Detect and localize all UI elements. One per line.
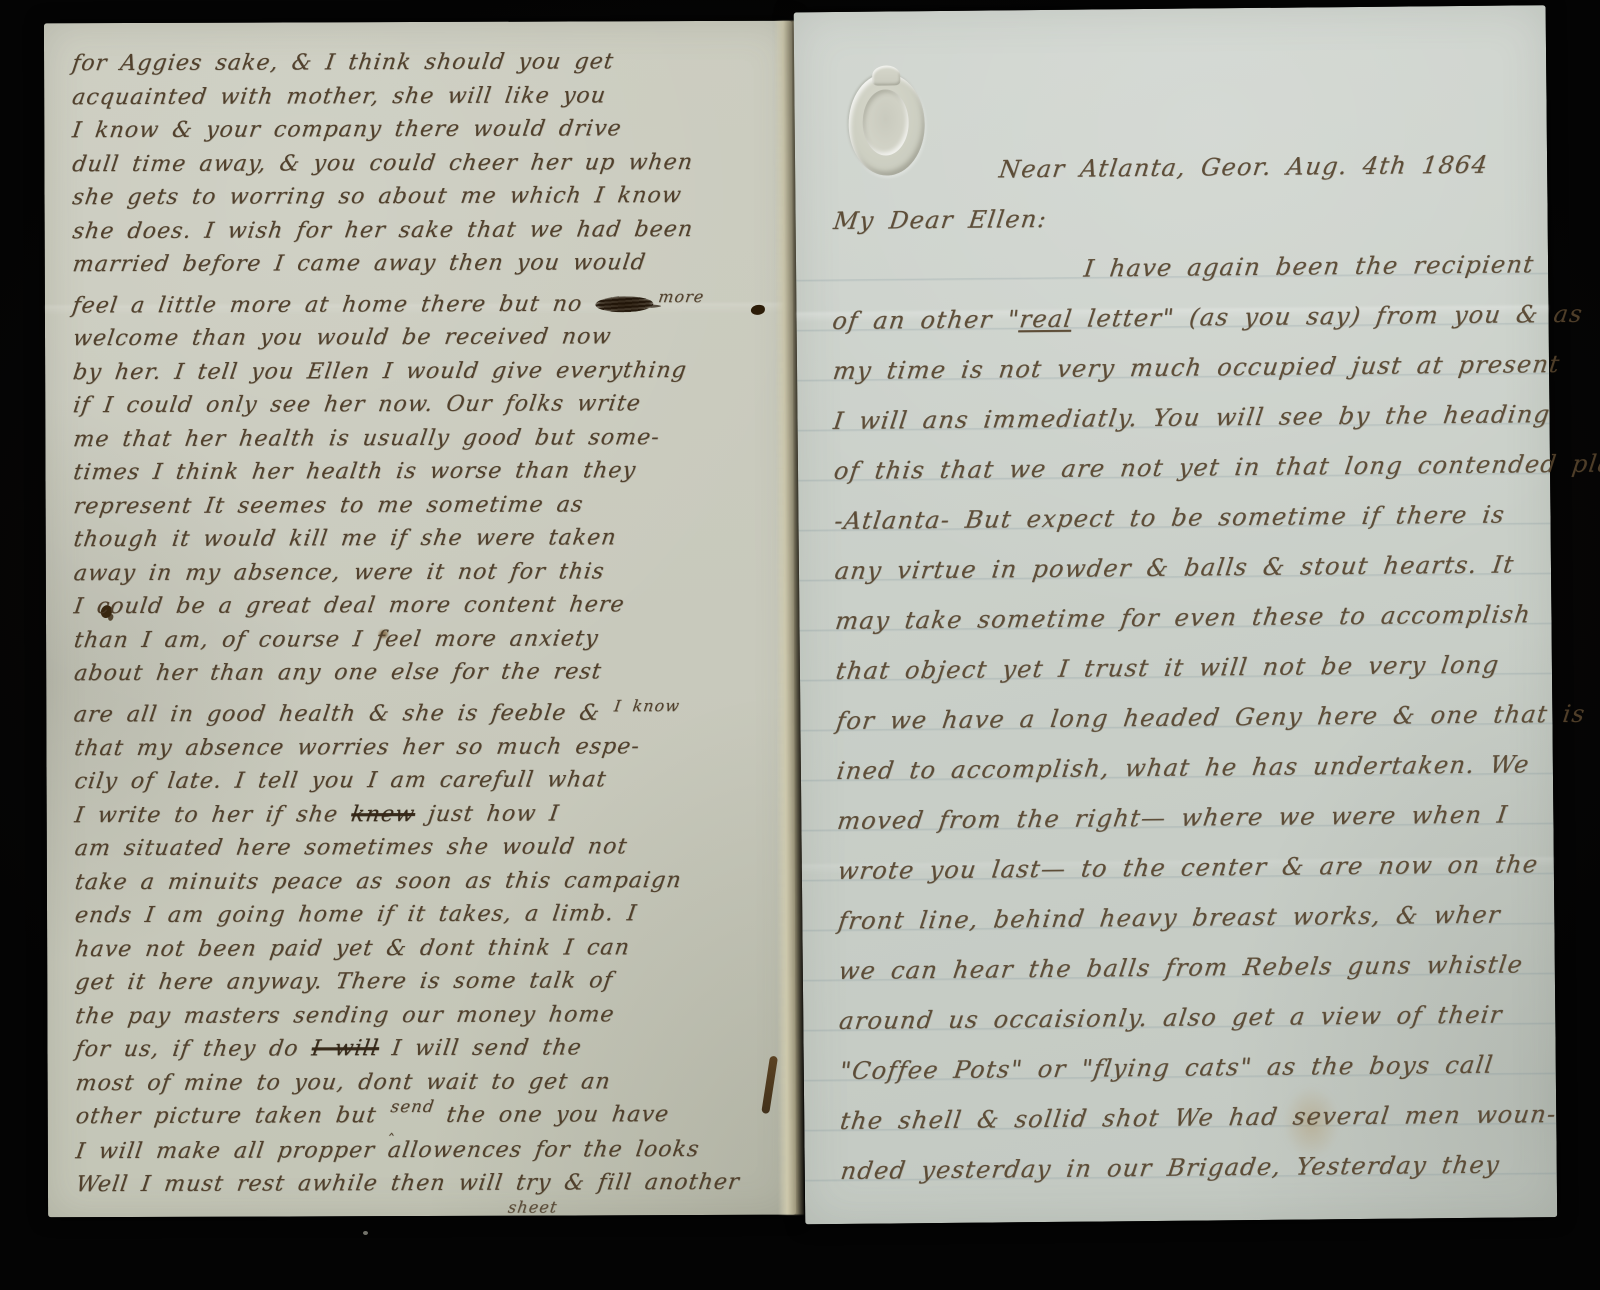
letter-line: that object yet I trust it will not be v…	[833, 639, 1546, 696]
text-segment: get it here anyway. There is some talk o…	[74, 968, 615, 995]
text-segment: cily of late. I tell you I am carefull w…	[73, 768, 608, 795]
letter-line: any virtue in powder & balls & stout hea…	[832, 539, 1545, 596]
text-segment: knew	[350, 802, 417, 827]
text-segment: moved from the right— where we were when…	[836, 801, 1510, 835]
letter-line: she gets to worring so about me which I …	[70, 179, 779, 215]
left-page-text: for Aggies sake, & I think should you ge…	[72, 45, 780, 1216]
text-segment: we can hear the balls from Rebels guns w…	[837, 950, 1525, 985]
text-segment: around us occaisionly. also get a view o…	[837, 1001, 1504, 1035]
letter-line: if I could only see her now. Our folks w…	[71, 387, 780, 423]
text-segment: I write to her if she	[73, 802, 353, 828]
text-segment: most of mine to you, dont wait to get an	[74, 1069, 612, 1096]
letter-line: ined to accomplish, what he has undertak…	[834, 739, 1547, 796]
letter-line: have not been paid yet & dont think I ca…	[73, 930, 782, 966]
text-segment: that my absence worries her so much espe…	[73, 734, 642, 761]
letter-line: other picture taken but send the one you…	[73, 1098, 782, 1135]
letter-line: away in my absence, were it not for this	[72, 555, 781, 591]
letter-line: are all in good health & she is feeble &…	[72, 689, 782, 732]
text-segment: am situated here sometimes she would not	[73, 834, 629, 861]
text-segment: she gets to worring so about me which I …	[71, 183, 684, 210]
text-segment: I could be a great deal more content her…	[72, 593, 626, 620]
text-segment: more	[657, 287, 705, 306]
letter-page-left: for Aggies sake, & I think should you ge…	[44, 21, 796, 1218]
text-segment: represent It seemes to me sometime as	[72, 492, 585, 519]
text-segment: I will send the	[377, 1036, 583, 1062]
letter-line: she does. I wish for her sake that we ha…	[70, 212, 779, 248]
text-segment: I will ans immediatly. You will see by t…	[832, 400, 1553, 435]
letter-page-right: Near Atlanta, Geor. Aug. 4th 1864My Dear…	[794, 5, 1558, 1224]
text-segment: though it would kill me if she were take…	[72, 526, 618, 553]
text-segment: ends I am going home if it takes, a limb…	[73, 901, 638, 928]
text-segment: real	[1018, 305, 1075, 334]
text-segment: for we have a long headed Geny here & on…	[835, 699, 1600, 735]
ink-scribble-icon	[594, 296, 654, 312]
letter-line: around us occaisionly. also get a view o…	[836, 989, 1549, 1046]
letter-line: for Aggies sake, & I think should you ge…	[70, 45, 779, 81]
letter-line: Well I must rest awhile then will try & …	[74, 1166, 783, 1202]
text-segment: front line, behind heavy breast works, &…	[837, 901, 1503, 935]
text-segment: the pay masters sending our money home	[74, 1002, 617, 1029]
letter-line: take a minuits peace as soon as this cam…	[73, 863, 782, 899]
text-segment: -Atlanta- But expect to be sometime if t…	[833, 501, 1507, 535]
text-segment: Near Atlanta, Geor. Aug. 4th 1864	[997, 151, 1490, 184]
text-segment: welcome than you would be received now	[71, 325, 613, 352]
letter-line: my time is not very much occupied just a…	[830, 339, 1543, 396]
text-segment: I know & your company there would drive	[71, 116, 624, 143]
letter-line: I have again been the recipient	[829, 239, 1542, 296]
letter-line: for we have a long headed Geny here & on…	[833, 689, 1546, 746]
text-segment: the shell & sollid shot We had several m…	[838, 1100, 1558, 1135]
text-segment: for us, if they do	[74, 1037, 314, 1063]
right-page-text: Near Atlanta, Geor. Aug. 4th 1864My Dear…	[831, 139, 1547, 1196]
letter-line: we can hear the balls from Rebels guns w…	[836, 939, 1549, 996]
text-segment: of an other "	[831, 305, 1022, 335]
text-segment: other picture taken but	[74, 1103, 391, 1129]
letter-line: though it would kill me if she were take…	[71, 521, 780, 557]
letter-line: welcome than you would be received now	[71, 320, 780, 356]
text-segment: if I could only see her now. Our folks w…	[72, 392, 643, 419]
text-segment: I know	[613, 696, 681, 715]
letter-line: -Atlanta- But expect to be sometime if t…	[831, 489, 1544, 546]
text-segment: letter" (as you say) from you & as	[1071, 300, 1585, 333]
letter-line: I could be a great deal more content her…	[72, 588, 781, 624]
letter-line: I will ans immediatly. You will see by t…	[830, 389, 1543, 446]
text-segment: ined to accomplish, what he has undertak…	[835, 750, 1531, 785]
letter-line: of this that we are not yet in that long…	[831, 439, 1544, 496]
text-segment: than I am, of course I feel more anxiety	[72, 626, 600, 653]
letter-line: about her than any one else for the rest	[72, 655, 781, 691]
letter-line: married before I came away then you woul…	[70, 246, 779, 282]
text-segment: away in my absence, were it not for this	[72, 559, 606, 586]
text-segment: acquainted with mother, she will like yo…	[70, 83, 607, 110]
letter-line: ends I am going home if it takes, a limb…	[73, 897, 782, 933]
text-segment: just how I	[413, 801, 561, 827]
text-segment: about her than any one else for the rest	[73, 660, 604, 687]
text-segment: take a minuits peace as soon as this cam…	[73, 868, 683, 895]
text-segment: for Aggies sake, & I think should you ge…	[70, 49, 615, 76]
text-segment: are all in good health & she is feeble &	[72, 700, 615, 727]
text-segment: sheet	[507, 1197, 559, 1216]
letter-line: "Coffee Pots" or "flying cats" as the bo…	[837, 1039, 1550, 1096]
letter-line: front line, behind heavy breast works, &…	[835, 889, 1548, 946]
text-segment: of this that we are not yet in that long…	[832, 449, 1600, 485]
photo-background: for Aggies sake, & I think should you ge…	[0, 0, 1600, 1290]
text-segment: married before I came away then you woul…	[71, 250, 648, 277]
letter-line: acquainted with mother, she will like yo…	[70, 78, 779, 114]
letter-line: that my absence worries her so much espe…	[72, 729, 781, 765]
letter-line: My Dear Ellen:	[828, 189, 1541, 246]
letter-line: am situated here sometimes she would not	[73, 830, 782, 866]
letter-line: represent It seemes to me sometime as	[71, 488, 780, 524]
text-segment: may take sometime for even these to acco…	[834, 600, 1533, 635]
letter-line: the pay masters sending our money home	[73, 997, 782, 1033]
text-segment: that object yet I trust it will not be v…	[834, 651, 1501, 685]
text-segment: my time is not very much occupied just a…	[831, 350, 1562, 385]
letter-line: me that her health is usually good but s…	[71, 421, 780, 457]
text-segment: feel a little more at home there but no	[71, 291, 597, 318]
text-segment: Well I must rest awhile then will try & …	[74, 1170, 741, 1197]
letter-line: I write to her if she knew just how I	[72, 796, 781, 832]
dust-speck	[363, 1231, 368, 1235]
letter-line: moved from the right— where we were when…	[834, 789, 1547, 846]
letter-line: dull time away, & you could cheer her up…	[70, 145, 779, 181]
letter-line: by her. I tell you Ellen I would give ev…	[71, 354, 780, 390]
letter-line: for us, if they do I will I will send th…	[73, 1031, 782, 1067]
letter-line: cily of late. I tell you I am carefull w…	[72, 763, 781, 799]
text-segment: nded yesterday in our Brigade, Yesterday…	[839, 1151, 1502, 1185]
text-segment: send	[390, 1097, 436, 1116]
letter-line: sheet	[75, 1199, 781, 1215]
letter-line: I know & your company there would drive	[70, 112, 779, 148]
text-segment: My Dear Ellen:	[832, 205, 1049, 235]
letter-line: than I am, of course I feel more anxiety	[72, 622, 781, 658]
letter-line: Near Atlanta, Geor. Aug. 4th 1864	[828, 139, 1541, 196]
letter-line: nded yesterday in our Brigade, Yesterday…	[837, 1139, 1550, 1196]
text-segment: the one you have	[432, 1102, 671, 1128]
text-segment: I will	[310, 1036, 381, 1061]
text-segment: I will make all propper allowences for t…	[74, 1137, 701, 1164]
letter-line: feel a little more at home there but no …	[70, 279, 780, 322]
letter-line: the shell & sollid shot We had several m…	[837, 1089, 1550, 1146]
text-segment: dull time away, & you could cheer her up…	[71, 150, 695, 177]
letter-line: of an other "real letter" (as you say) f…	[829, 289, 1542, 346]
text-segment: times I think her health is worse than t…	[72, 459, 638, 486]
letter-line: wrote you last— to the center & are now …	[835, 839, 1548, 896]
letter-line: times I think her health is worse than t…	[71, 454, 780, 490]
text-segment: me that her health is usually good but s…	[72, 425, 662, 452]
letter-line: most of mine to you, dont wait to get an	[73, 1064, 782, 1100]
text-segment: wrote you last— to the center & are now …	[836, 850, 1540, 885]
text-segment: by her. I tell you Ellen I would give ev…	[71, 358, 688, 385]
text-segment: have not been paid yet & dont think I ca…	[73, 935, 631, 962]
text-segment: she does. I wish for her sake that we ha…	[71, 217, 695, 244]
text-segment: I have again been the recipient	[1082, 250, 1536, 282]
letter-line: I will make all propper allowences for t…	[74, 1132, 783, 1168]
text-segment: "Coffee Pots" or "flying cats" as the bo…	[838, 1051, 1495, 1085]
letter-line: get it here anyway. There is some talk o…	[73, 964, 782, 1000]
letter-line: may take sometime for even these to acco…	[832, 589, 1545, 646]
text-segment: any virtue in powder & balls & stout hea…	[833, 550, 1516, 585]
